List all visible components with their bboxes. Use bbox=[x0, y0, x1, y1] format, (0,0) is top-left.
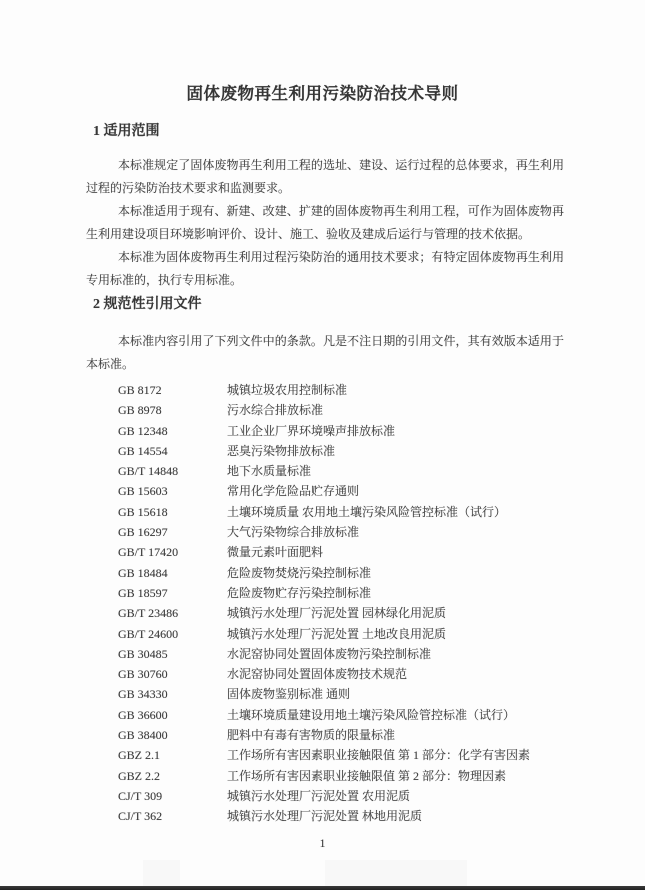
section-1-heading: 1 适用范围 bbox=[93, 122, 645, 142]
section-2-heading: 2 规范性引用文件 bbox=[93, 295, 645, 315]
reference-code: GB 8978 bbox=[118, 400, 227, 420]
reference-code: GB/T 17420 bbox=[118, 542, 227, 562]
reference-title: 微量元素叶面肥料 bbox=[227, 542, 645, 562]
reference-code: GB/T 23486 bbox=[118, 603, 227, 623]
reference-title: 城镇污水处理厂污泥处置 农用泥质 bbox=[227, 786, 645, 806]
reference-title: 危险废物焚烧污染控制标准 bbox=[227, 563, 645, 583]
reference-code: CJ/T 309 bbox=[118, 786, 227, 806]
reference-code: GB 34330 bbox=[118, 684, 227, 704]
section-2-paragraph: 本标准内容引用了下列文件中的条款。凡是不注日期的引用文件，其有效版本适用于本标准… bbox=[86, 330, 564, 376]
reference-list: GB 8172城镇垃圾农用控制标准 GB 8978污水综合排放标准 GB 123… bbox=[118, 380, 645, 827]
reference-row: GB 38400肥料中有毒有害物质的限量标准 bbox=[118, 725, 645, 745]
reference-row: GB 14554恶臭污染物排放标准 bbox=[118, 441, 645, 461]
page-number: 1 bbox=[0, 838, 645, 850]
reference-code: GB 15603 bbox=[118, 481, 227, 501]
reference-title: 城镇污水处理厂污泥处置 林地用泥质 bbox=[227, 806, 645, 826]
reference-title: 城镇污水处理厂污泥处置 园林绿化用泥质 bbox=[227, 603, 645, 623]
reference-row: GB 18597危险废物贮存污染控制标准 bbox=[118, 583, 645, 603]
reference-code: GBZ 2.2 bbox=[118, 766, 227, 786]
reference-title: 危险废物贮存污染控制标准 bbox=[227, 583, 645, 603]
reference-row: GB 30485水泥窑协同处置固体废物污染控制标准 bbox=[118, 644, 645, 664]
reference-code: GB 18484 bbox=[118, 563, 227, 583]
reference-row: GB 15603常用化学危险品贮存通则 bbox=[118, 481, 645, 501]
reference-title: 污水综合排放标准 bbox=[227, 400, 645, 420]
reference-row: GBZ 2.1工作场所有害因素职业接触限值 第 1 部分：化学有害因素 bbox=[118, 745, 645, 765]
reference-code: CJ/T 362 bbox=[118, 806, 227, 826]
reference-code: GB/T 24600 bbox=[118, 624, 227, 644]
reference-code: GB 8172 bbox=[118, 380, 227, 400]
reference-code: GB 30760 bbox=[118, 664, 227, 684]
reference-row: GB 16297大气污染物综合排放标准 bbox=[118, 522, 645, 542]
document-page: 固体废物再生利用污染防治技术导则 1 适用范围 本标准规定了固体废物再生利用工程… bbox=[0, 0, 645, 890]
scan-shading-artifact bbox=[325, 860, 467, 886]
reference-row: GB/T 23486城镇污水处理厂污泥处置 园林绿化用泥质 bbox=[118, 603, 645, 623]
reference-title: 大气污染物综合排放标准 bbox=[227, 522, 645, 542]
reference-code: GBZ 2.1 bbox=[118, 745, 227, 765]
reference-title: 水泥窑协同处置固体废物污染控制标准 bbox=[227, 644, 645, 664]
reference-title: 肥料中有毒有害物质的限量标准 bbox=[227, 725, 645, 745]
reference-title: 土壤环境质量建设用地土壤污染风险管控标准（试行） bbox=[227, 705, 645, 725]
reference-code: GB 15618 bbox=[118, 502, 227, 522]
reference-title: 土壤环境质量 农用地土壤污染风险管控标准（试行） bbox=[227, 502, 645, 522]
reference-row: CJ/T 362城镇污水处理厂污泥处置 林地用泥质 bbox=[118, 806, 645, 826]
reference-row: GB 30760水泥窑协同处置固体废物技术规范 bbox=[118, 664, 645, 684]
scan-shading-artifact bbox=[143, 860, 180, 886]
reference-row: GB/T 24600城镇污水处理厂污泥处置 土地改良用泥质 bbox=[118, 624, 645, 644]
reference-title: 城镇污水处理厂污泥处置 土地改良用泥质 bbox=[227, 624, 645, 644]
reference-code: GB 12348 bbox=[118, 421, 227, 441]
document-title: 固体废物再生利用污染防治技术导则 bbox=[0, 0, 645, 104]
reference-row: GB/T 17420微量元素叶面肥料 bbox=[118, 542, 645, 562]
reference-row: GB 36600土壤环境质量建设用地土壤污染风险管控标准（试行） bbox=[118, 705, 645, 725]
reference-code: GB/T 14848 bbox=[118, 461, 227, 481]
reference-title: 工作场所有害因素职业接触限值 第 1 部分：化学有害因素 bbox=[227, 745, 645, 765]
reference-row: GB/T 14848地下水质量标准 bbox=[118, 461, 645, 481]
reference-title: 工作场所有害因素职业接触限值 第 2 部分：物理因素 bbox=[227, 766, 645, 786]
reference-title: 地下水质量标准 bbox=[227, 461, 645, 481]
section-1-paragraph: 本标准适用于现有、新建、改建、扩建的固体废物再生利用工程，可作为固体废物再生利用… bbox=[86, 200, 564, 246]
reference-code: GB 16297 bbox=[118, 522, 227, 542]
reference-title: 城镇垃圾农用控制标准 bbox=[227, 380, 645, 400]
reference-row: GB 12348工业企业厂界环境噪声排放标准 bbox=[118, 421, 645, 441]
section-1-paragraph: 本标准为固体废物再生利用过程污染防治的通用技术要求；有特定固体废物再生利用专用标… bbox=[86, 246, 564, 292]
reference-row: GBZ 2.2工作场所有害因素职业接触限值 第 2 部分：物理因素 bbox=[118, 766, 645, 786]
reference-code: GB 36600 bbox=[118, 705, 227, 725]
reference-row: GB 8172城镇垃圾农用控制标准 bbox=[118, 380, 645, 400]
reference-code: GB 30485 bbox=[118, 644, 227, 664]
reference-row: GB 15618土壤环境质量 农用地土壤污染风险管控标准（试行） bbox=[118, 502, 645, 522]
section-1-paragraph: 本标准规定了固体废物再生利用工程的选址、建设、运行过程的总体要求，再生利用过程的… bbox=[86, 154, 564, 200]
reference-code: GB 18597 bbox=[118, 583, 227, 603]
reference-title: 水泥窑协同处置固体废物技术规范 bbox=[227, 664, 645, 684]
reference-title: 常用化学危险品贮存通则 bbox=[227, 481, 645, 501]
scan-edge-bar bbox=[0, 886, 645, 890]
reference-row: CJ/T 309城镇污水处理厂污泥处置 农用泥质 bbox=[118, 786, 645, 806]
reference-row: GB 8978污水综合排放标准 bbox=[118, 400, 645, 420]
reference-code: GB 14554 bbox=[118, 441, 227, 461]
reference-title: 固体废物鉴别标准 通则 bbox=[227, 684, 645, 704]
reference-row: GB 18484危险废物焚烧污染控制标准 bbox=[118, 563, 645, 583]
reference-code: GB 38400 bbox=[118, 725, 227, 745]
reference-row: GB 34330固体废物鉴别标准 通则 bbox=[118, 684, 645, 704]
reference-title: 恶臭污染物排放标准 bbox=[227, 441, 645, 461]
reference-title: 工业企业厂界环境噪声排放标准 bbox=[227, 421, 645, 441]
